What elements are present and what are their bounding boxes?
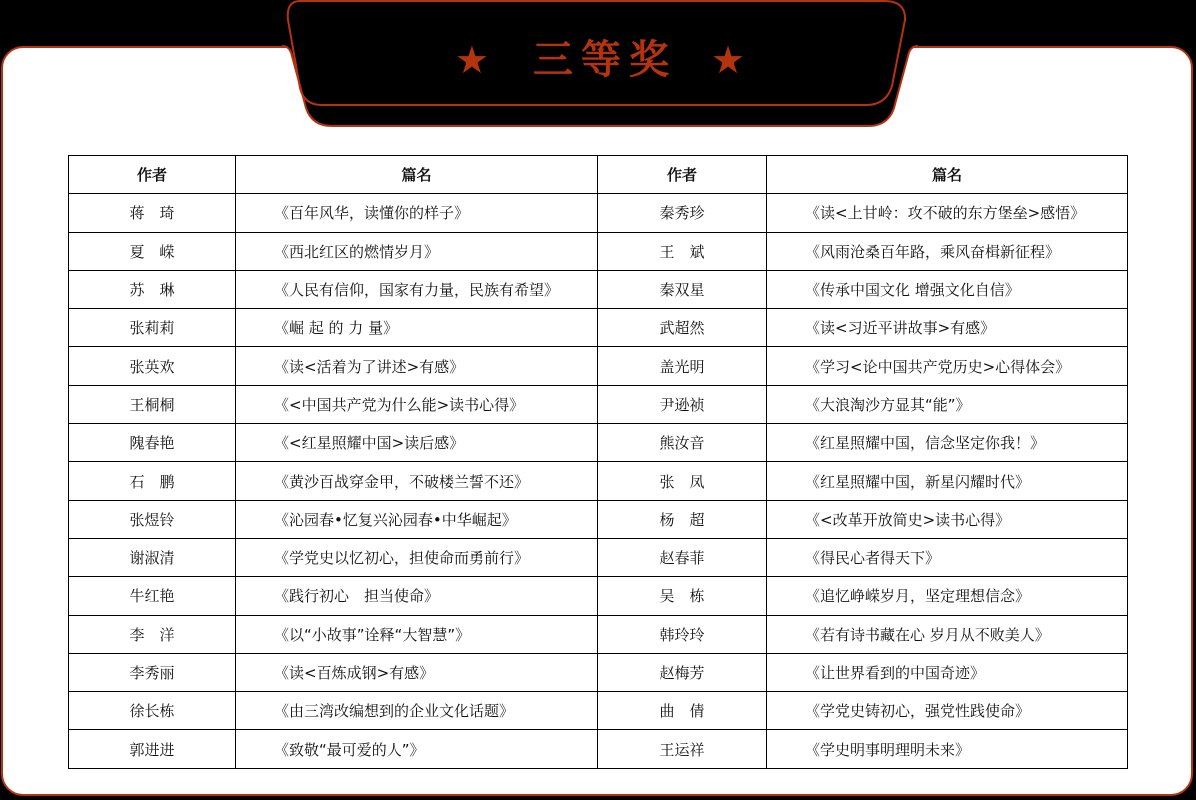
work-title-cell: 《读<上甘岭：攻不破的东方堡垒>感悟》 [767,194,1128,232]
work-title-cell: 《红星照耀中国，新星闪耀时代》 [767,462,1128,500]
work-title-cell: 《大浪淘沙方显其“能”》 [767,385,1128,423]
author-cell: 蒋 琦 [69,194,236,232]
table-row: 张煜铃 《沁园春•忆复兴沁园春•中华崛起》 杨 超 《<改革开放简史>读书心得》 [69,500,1128,538]
author-cell: 赵春菲 [598,538,767,576]
table-row: 牛红艳 《践行初心 担当使命》 吴 栋 《追忆峥嵘岁月，坚定理想信念》 [69,577,1128,615]
work-title-cell: 《风雨沧桑百年路，乘风奋楫新征程》 [767,232,1128,270]
author-cell: 吴 栋 [598,577,767,615]
table-row: 谢淑清 《学党史以忆初心，担使命而勇前行》 赵春菲 《得民心者得天下》 [69,538,1128,576]
author-cell: 赵梅芳 [598,653,767,691]
table-row: 张英欢 《读<活着为了讲述>有感》 盖光明 《学习<论中国共产党历史>心得体会》 [69,347,1128,385]
work-title-cell: 《<红星照耀中国>读后感》 [236,424,598,462]
work-title-cell: 《百年风华，读懂你的样子》 [236,194,598,232]
author-cell: 王 斌 [598,232,767,270]
author-cell: 王运祥 [598,730,767,768]
star-icon-right: ★ [711,41,745,79]
author-cell: 尹逊祯 [598,385,767,423]
author-cell: 张英欢 [69,347,236,385]
star-icon-left: ★ [455,41,489,79]
author-cell: 张 凤 [598,462,767,500]
work-title-cell: 《以“小故事”诠释“大智慧”》 [236,615,598,653]
author-cell: 石 鹏 [69,462,236,500]
award-title: 三等奖 [533,40,677,80]
author-cell: 武超然 [598,309,767,347]
author-cell: 李 洋 [69,615,236,653]
table-row: 石 鹏 《黄沙百战穿金甲，不破楼兰誓不还》 张 凤 《红星照耀中国，新星闪耀时代… [69,462,1128,500]
work-title-cell: 《传承中国文化 增强文化自信》 [767,270,1128,308]
table-row: 徐长栋 《由三湾改编想到的企业文化话题》 曲 倩 《学党史铸初心，强党性践使命》 [69,692,1128,730]
work-title-cell: 《读<百炼成钢>有感》 [236,653,598,691]
column-header-author: 作者 [598,156,767,194]
work-title-cell: 《红星照耀中国，信念坚定你我！》 [767,424,1128,462]
author-cell: 曲 倩 [598,692,767,730]
table-row: 苏 琳 《人民有信仰，国家有力量，民族有希望》 秦双星 《传承中国文化 增强文化… [69,270,1128,308]
work-title-cell: 《学党史以忆初心，担使命而勇前行》 [236,538,598,576]
winners-table: 作者 篇名 作者 篇名 蒋 琦 《百年风华，读懂你的样子》 秦秀珍 《读<上甘岭… [68,155,1128,769]
author-cell: 张煜铃 [69,500,236,538]
table-row: 夏 嵘 《西北红区的燃情岁月》 王 斌 《风雨沧桑百年路，乘风奋楫新征程》 [69,232,1128,270]
author-cell: 盖光明 [598,347,767,385]
table-row: 郭进进 《致敬“最可爱的人”》 王运祥 《学史明事明理明未来》 [69,730,1128,768]
work-title-cell: 《人民有信仰，国家有力量，民族有希望》 [236,270,598,308]
author-cell: 夏 嵘 [69,232,236,270]
author-cell: 隗春艳 [69,424,236,462]
author-cell: 苏 琳 [69,270,236,308]
work-title-cell: 《读<习近平讲故事>有感》 [767,309,1128,347]
author-cell: 韩玲玲 [598,615,767,653]
author-cell: 熊汝音 [598,424,767,462]
work-title-cell: 《学党史铸初心，强党性践使命》 [767,692,1128,730]
table-row: 蒋 琦 《百年风华，读懂你的样子》 秦秀珍 《读<上甘岭：攻不破的东方堡垒>感悟… [69,194,1128,232]
table-row: 王桐桐 《<中国共产党为什么能>读书心得》 尹逊祯 《大浪淘沙方显其“能”》 [69,385,1128,423]
author-cell: 谢淑清 [69,538,236,576]
author-cell: 秦双星 [598,270,767,308]
table-row: 李秀丽 《读<百炼成钢>有感》 赵梅芳 《让世界看到的中国奇迹》 [69,653,1128,691]
author-cell: 秦秀珍 [598,194,767,232]
work-title-cell: 《追忆峥嵘岁月，坚定理想信念》 [767,577,1128,615]
author-cell: 张莉莉 [69,309,236,347]
award-heading: ★ 三等奖 ★ [280,30,920,90]
award-page: ★ 三等奖 ★ 作者 篇名 作者 篇名 蒋 琦 《百年风华，读懂你的样子》 秦秀… [0,0,1196,800]
work-title-cell: 《<中国共产党为什么能>读书心得》 [236,385,598,423]
author-cell: 李秀丽 [69,653,236,691]
author-cell: 郭进进 [69,730,236,768]
author-cell: 王桐桐 [69,385,236,423]
work-title-cell: 《崛 起 的 力 量》 [236,309,598,347]
work-title-cell: 《由三湾改编想到的企业文化话题》 [236,692,598,730]
column-header-title: 篇名 [236,156,598,194]
work-title-cell: 《黄沙百战穿金甲，不破楼兰誓不还》 [236,462,598,500]
work-title-cell: 《践行初心 担当使命》 [236,577,598,615]
author-cell: 徐长栋 [69,692,236,730]
column-header-title: 篇名 [767,156,1128,194]
work-title-cell: 《学习<论中国共产党历史>心得体会》 [767,347,1128,385]
work-title-cell: 《西北红区的燃情岁月》 [236,232,598,270]
work-title-cell: 《沁园春•忆复兴沁园春•中华崛起》 [236,500,598,538]
work-title-cell: 《得民心者得天下》 [767,538,1128,576]
work-title-cell: 《致敬“最可爱的人”》 [236,730,598,768]
column-header-author: 作者 [69,156,236,194]
work-title-cell: 《学史明事明理明未来》 [767,730,1128,768]
author-cell: 牛红艳 [69,577,236,615]
table-header-row: 作者 篇名 作者 篇名 [69,156,1128,194]
work-title-cell: 《<改革开放简史>读书心得》 [767,500,1128,538]
table-row: 隗春艳 《<红星照耀中国>读后感》 熊汝音 《红星照耀中国，信念坚定你我！》 [69,424,1128,462]
table-row: 李 洋 《以“小故事”诠释“大智慧”》 韩玲玲 《若有诗书藏在心 岁月从不败美人… [69,615,1128,653]
work-title-cell: 《若有诗书藏在心 岁月从不败美人》 [767,615,1128,653]
work-title-cell: 《让世界看到的中国奇迹》 [767,653,1128,691]
author-cell: 杨 超 [598,500,767,538]
table-row: 张莉莉 《崛 起 的 力 量》 武超然 《读<习近平讲故事>有感》 [69,309,1128,347]
work-title-cell: 《读<活着为了讲述>有感》 [236,347,598,385]
